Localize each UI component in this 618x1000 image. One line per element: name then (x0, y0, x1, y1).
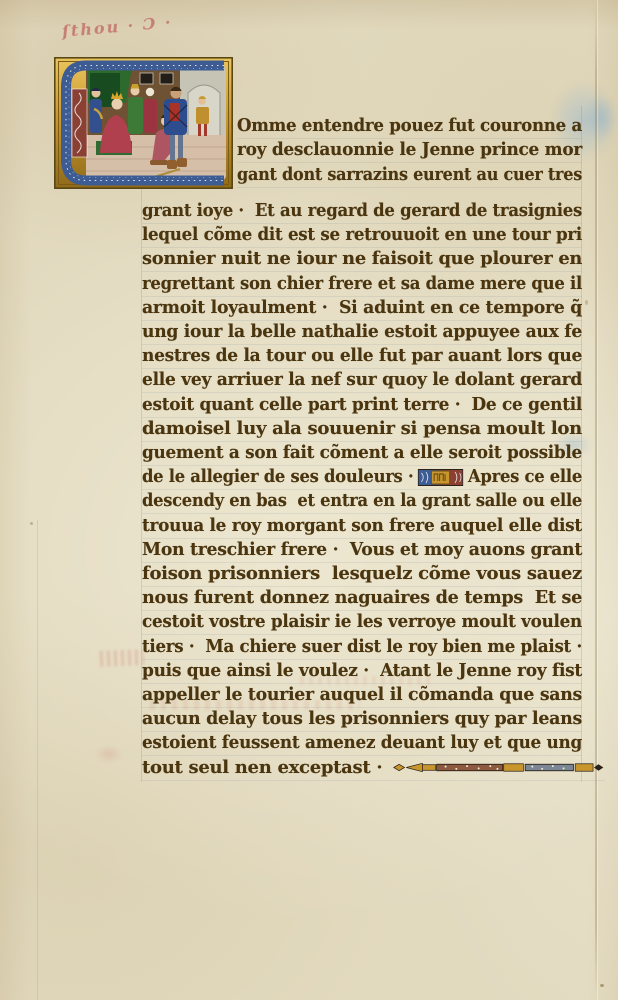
foxing-spot (30, 522, 33, 525)
foxing-spot (600, 984, 604, 987)
line-text: appeller le tourier auquel il cõmanda qu… (142, 683, 582, 707)
miniature-scene (86, 65, 226, 181)
line-text: trouua le roy morgant son frere auquel e… (142, 514, 582, 538)
text-line: regrettant son chier frere et sa dame me… (142, 272, 582, 297)
line-text-after-filler: Apres ce elle (468, 465, 582, 489)
text-line: sonnier nuit ne iour ne faisoit que plou… (142, 247, 582, 272)
text-line: Omme entendre pouez fut couronne a (237, 114, 582, 139)
line-text: armoit loyaulment · Si aduint en ce temp… (142, 296, 582, 320)
line-text: lequel cõme dit est se retrouuoit en une… (142, 223, 582, 247)
text-line: foison prisonniers lesquelz cõme vous sa… (142, 562, 582, 587)
line-filler-ornament (418, 469, 464, 486)
text-line: elle vey arriuer la nef sur quoy le dola… (142, 368, 582, 393)
line-text: Omme entendre pouez fut couronne a (237, 114, 582, 138)
line-text: descendy en bas et entra en la grant sal… (142, 489, 582, 513)
text-line: damoisel luy ala souuenir si pensa moult… (142, 417, 582, 442)
page-crease (37, 520, 38, 1000)
text-line: gant dont sarrazins eurent au cuer tres (237, 163, 582, 188)
line-text: roy desclauonnie le Jenne prince mor (237, 138, 582, 162)
foxing-spot (585, 300, 588, 305)
final-line-text: tout seul nen exceptast · (142, 756, 382, 780)
text-line: nous furent donnez naguaires de temps Et… (142, 586, 582, 611)
line-text: estoient feussent amenez deuant luy et q… (142, 731, 582, 755)
line-text: grant ioye · Et au regard de gerard de t… (142, 199, 582, 223)
red-filigree-panel (72, 89, 87, 157)
line-text: nous furent donnez naguaires de temps Et… (142, 586, 582, 610)
historiated-initial-C (54, 57, 233, 189)
line-text: Mon treschier frere · Vous et moy auons … (142, 538, 582, 562)
line-text: regrettant son chier frere et sa dame me… (142, 272, 582, 296)
line-text: estoit quant celle part print terre · De… (142, 393, 582, 417)
text-line: Mon treschier frere · Vous et moy auons … (142, 538, 582, 563)
line-text-before-filler: de le allegier de ses douleurs · (142, 465, 413, 489)
line-text: sonnier nuit ne iour ne faisoit que plou… (142, 247, 582, 271)
text-line: estoit quant celle part print terre · De… (142, 393, 582, 418)
text-line: grant ioye · Et au regard de gerard de t… (142, 199, 582, 224)
text-line: tiers · Ma chiere suer dist le roy bien … (142, 635, 582, 660)
text-line: guement a son fait cõment a elle seroit … (142, 441, 582, 466)
text-line: armoit loyaulment · Si aduint en ce temp… (142, 296, 582, 321)
text-line: nestres de la tour ou elle fut par auant… (142, 344, 582, 369)
line-text: de le allegier de ses douleurs · Apres c… (142, 465, 582, 489)
text-line: lequel cõme dit est se retrouuoit en une… (142, 223, 582, 248)
text-line-final: tout seul nen exceptast · (142, 756, 605, 781)
line-text: aucun delay tous les prisonniers quy par… (142, 707, 582, 731)
text-line: aucun delay tous les prisonniers quy par… (142, 707, 582, 732)
window (140, 73, 153, 84)
text-line: appeller le tourier auquel il cõmanda qu… (142, 683, 582, 708)
page-fold-highlight (597, 0, 598, 1000)
line-text: elle vey arriuer la nef sur quoy le dola… (142, 368, 582, 392)
line-text: ung iour la belle nathalie estoit appuye… (142, 320, 582, 344)
text-line: descendy en bas et entra en la grant sal… (142, 489, 582, 514)
line-text: guement a son fait cõment a elle seroit … (142, 441, 582, 465)
line-text: gant dont sarrazins eurent au cuer tres (237, 163, 582, 187)
window (160, 73, 173, 84)
folio-inscription: ſthou · Ɔ · (61, 3, 223, 51)
red-show-through (95, 745, 123, 763)
text-line: cestoit vostre plaisir ie les verroye mo… (142, 610, 582, 635)
line-text: cestoit vostre plaisir ie les verroye mo… (142, 610, 582, 634)
text-line: ung iour la belle nathalie estoit appuye… (142, 320, 582, 345)
manuscript-page: ſthou · Ɔ · (0, 0, 618, 1000)
line-text: nestres de la tour ou elle fut par auant… (142, 344, 582, 368)
line-text: foison prisonniers lesquelz cõme vous sa… (142, 562, 582, 586)
text-line: roy desclauonnie le Jenne prince mor (237, 138, 582, 163)
red-show-through (100, 649, 145, 667)
line-text: tout seul nen exceptast · (142, 756, 605, 780)
end-of-text-bar-ornament (392, 761, 605, 774)
line-text: puis que ainsi le voulez · Atant le Jenn… (142, 659, 582, 683)
text-line: estoient feussent amenez deuant luy et q… (142, 731, 582, 756)
text-line: puis que ainsi le voulez · Atant le Jenn… (142, 659, 582, 684)
line-text: tiers · Ma chiere suer dist le roy bien … (142, 635, 582, 659)
text-line: trouua le roy morgant son frere auquel e… (142, 514, 582, 539)
line-text: damoisel luy ala souuenir si pensa moult… (142, 417, 582, 441)
text-line-with-filler: de le allegier de ses douleurs · Apres c… (142, 465, 582, 490)
